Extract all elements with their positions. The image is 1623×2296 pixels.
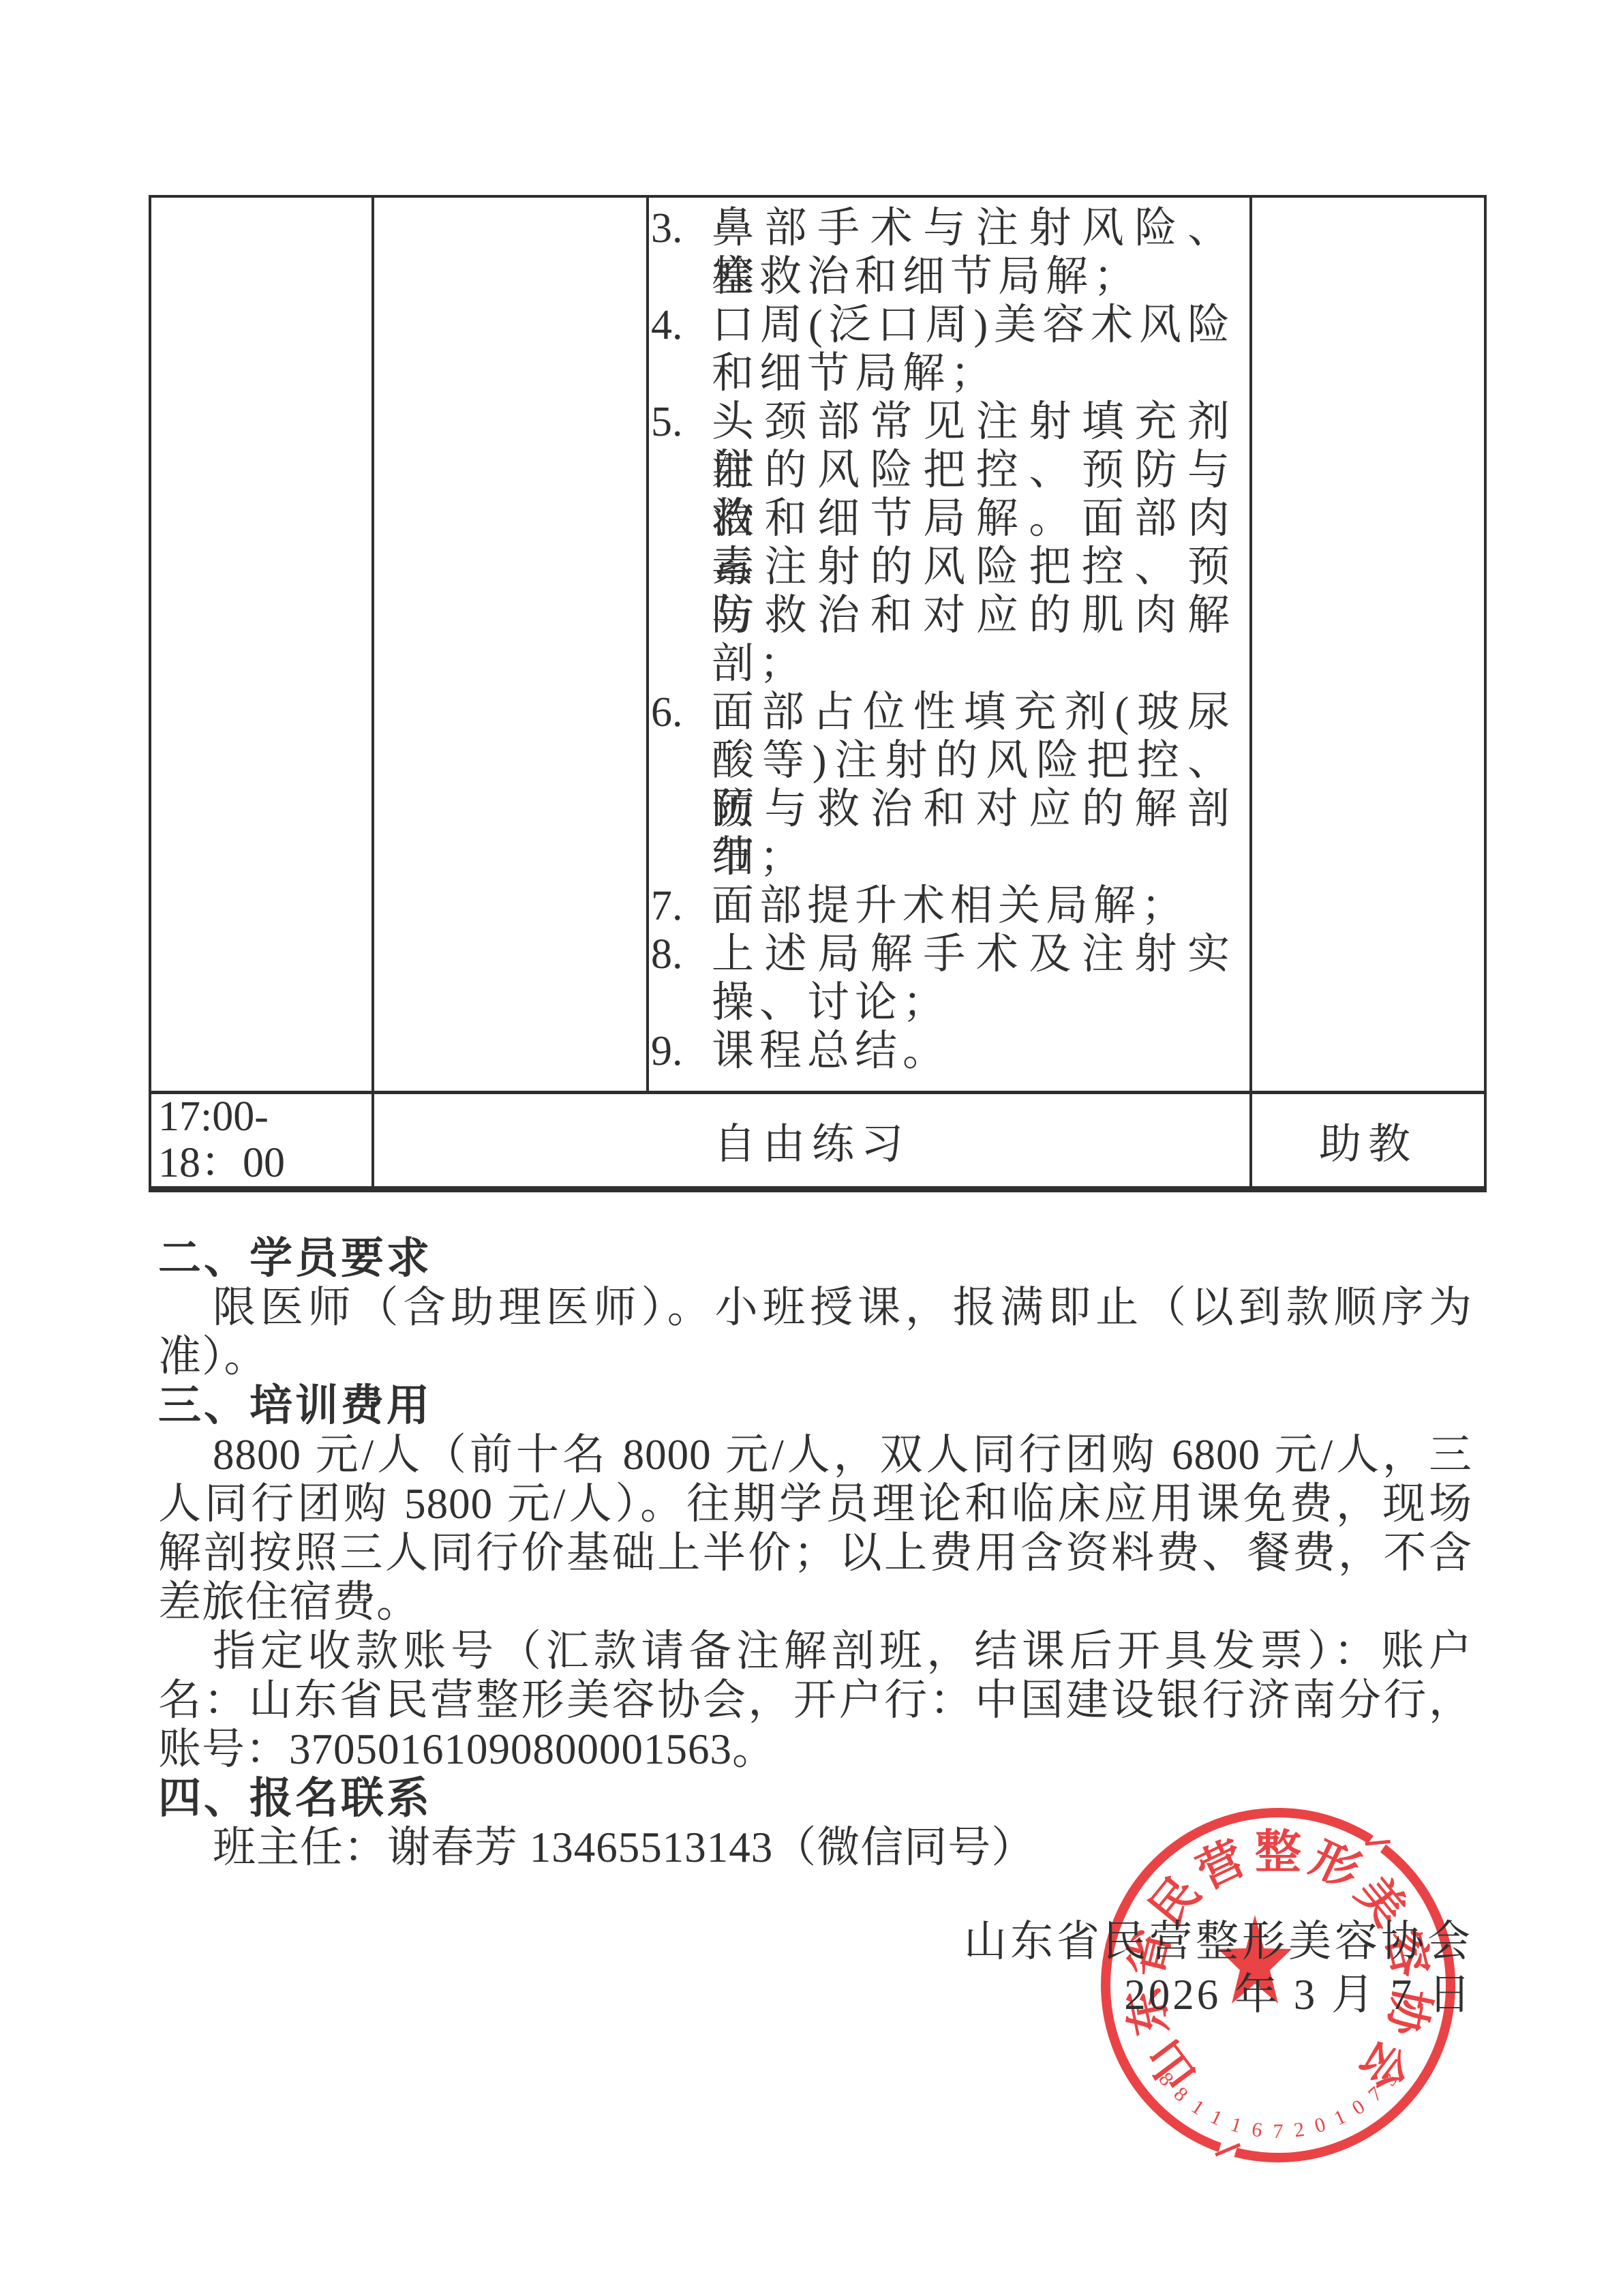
body-line: 限医师（含助理医师）。小班授课，报满即止（以到款顺序为 — [158, 1283, 1472, 1332]
seal-arc-char: 山 — [1137, 2031, 1207, 2099]
seal-code-digit: 1 — [1228, 2113, 1244, 2137]
document-page: 3. 鼻部手术与注射风险、栓 塞救治和细节局解； 4. 口周(泛口周)美容术风险… — [0, 0, 1623, 2296]
section-heading-contact: 四、报名联系 — [158, 1774, 1472, 1823]
item-line: 防与救治和对应的解剖细 — [712, 785, 1235, 834]
seal-code-digit: 2 — [1292, 2118, 1306, 2142]
schedule-item: 9. 课程总结。 — [651, 1027, 1237, 1076]
table-column-divider — [371, 198, 374, 1186]
body-line: 差旅住宿费。 — [158, 1577, 1472, 1627]
activity-cell: 自由练习 — [374, 1094, 1249, 1185]
seal-code-digit: 0 — [1348, 2095, 1369, 2119]
seal-code-digit: 1 — [1187, 2095, 1209, 2119]
item-line: 和细节局解； — [712, 350, 1235, 398]
body-line: 准）。 — [158, 1332, 1472, 1381]
seal-code-digit: 6 — [1250, 2118, 1264, 2142]
course-content-list: 3. 鼻部手术与注射风险、栓 塞救治和细节局解； 4. 口周(泛口周)美容术风险… — [651, 205, 1237, 1076]
schedule-item: 7. 面部提升术相关局解； — [651, 882, 1237, 931]
staff-label: 助教 — [1319, 1110, 1417, 1170]
section-heading-fee: 三、培训费用 — [158, 1381, 1472, 1430]
time-range-line2: 18：00 — [158, 1140, 371, 1186]
item-number: 4. — [651, 301, 712, 398]
seal-code-digit: 1 — [1331, 2105, 1350, 2130]
section-heading-trainee: 二、学员要求 — [158, 1234, 1472, 1283]
schedule-table: 3. 鼻部手术与注射风险、栓 塞救治和细节局解； 4. 口周(泛口周)美容术风险… — [149, 195, 1487, 1192]
schedule-item: 5. 头颈部常见注射填充剂注 射的风险把控、预防与救 治和细节局解。面部肉毒 素… — [651, 398, 1237, 689]
document-body: 二、学员要求 限医师（含助理医师）。小班授课，报满即止（以到款顺序为 准）。 三… — [158, 1234, 1472, 1872]
item-line: 治和细节局解。面部肉毒 — [712, 495, 1235, 543]
seal-code-digit: 0 — [1312, 2113, 1329, 2137]
item-line: 射的风险把控、预防与救 — [712, 447, 1235, 495]
signoff-organization: 山东省民营整形美容协会 — [964, 1917, 1474, 1966]
item-line: 口周(泛口周)美容术风险 — [712, 301, 1235, 350]
item-line: 操、讨论； — [712, 979, 1235, 1027]
table-column-divider — [646, 198, 649, 1091]
item-line: 课程总结。 — [712, 1027, 1235, 1076]
body-line: 8800 元/人（前十名 8000 元/人，双人同行团购 6800 元/人，三 — [158, 1430, 1472, 1479]
table-column-divider — [1249, 198, 1252, 1186]
seal-code-digit: 7 — [1273, 2120, 1284, 2143]
item-line: 与救治和对应的肌肉解 — [712, 592, 1235, 640]
body-line: 人同行团购 5800 元/人）。往期学员理论和临床应用课免费，现场 — [158, 1479, 1472, 1528]
schedule-item: 8. 上述局解手术及注射实 操、讨论； — [651, 931, 1237, 1027]
item-number: 7. — [651, 882, 712, 931]
item-line: 面部占位性填充剂(玻尿 — [712, 689, 1235, 737]
body-line: 指定收款账号（汇款请备注解剖班，结课后开具发票）：账户 — [158, 1627, 1472, 1676]
activity-label: 自由练习 — [714, 1110, 910, 1170]
item-line: 塞救治和细节局解； — [712, 253, 1235, 301]
schedule-item: 3. 鼻部手术与注射风险、栓 塞救治和细节局解； — [651, 205, 1237, 301]
item-line: 面部提升术相关局解； — [712, 882, 1235, 931]
schedule-item: 6. 面部占位性填充剂(玻尿 酸等)注射的风险把控、预 防与救治和对应的解剖细 … — [651, 689, 1237, 882]
time-cell: 17:00- 18：00 — [151, 1094, 371, 1185]
body-line: 名：山东省民营整形美容协会，开户行：中国建设银行济南分行， — [158, 1676, 1472, 1725]
item-line: 酸等)注射的风险把控、预 — [712, 737, 1235, 785]
item-line: 上述局解手术及注射实 — [712, 931, 1235, 979]
item-line: 节； — [712, 834, 1235, 882]
time-range-line1: 17:00- — [158, 1093, 371, 1140]
item-line: 鼻部手术与注射风险、栓 — [712, 205, 1235, 253]
item-number: 8. — [651, 931, 712, 1027]
item-number: 5. — [651, 398, 712, 689]
body-line: 解剖按照三人同行价基础上半价；以上费用含资料费、餐费，不含 — [158, 1528, 1472, 1577]
seal-code-digit: 1 — [1207, 2105, 1226, 2130]
item-number: 6. — [651, 689, 712, 882]
item-number: 9. — [651, 1027, 712, 1076]
bank-account-line: 账号：37050161090800001563。 — [158, 1725, 1472, 1774]
contact-line: 班主任：谢春芳 13465513143（微信同号） — [158, 1823, 1472, 1872]
item-number: 3. — [651, 205, 712, 301]
staff-cell: 助教 — [1252, 1094, 1484, 1185]
signoff-date: 2026 年 3 月 7 日 — [1124, 1970, 1474, 2019]
item-line: 剖； — [712, 640, 1235, 689]
seal-arc-char: 会 — [1350, 2031, 1419, 2099]
schedule-item: 4. 口周(泛口周)美容术风险 和细节局解； — [651, 301, 1237, 398]
item-line: 头颈部常见注射填充剂注 — [712, 398, 1235, 447]
item-line: 素注射的风险把控、预防 — [712, 543, 1235, 592]
